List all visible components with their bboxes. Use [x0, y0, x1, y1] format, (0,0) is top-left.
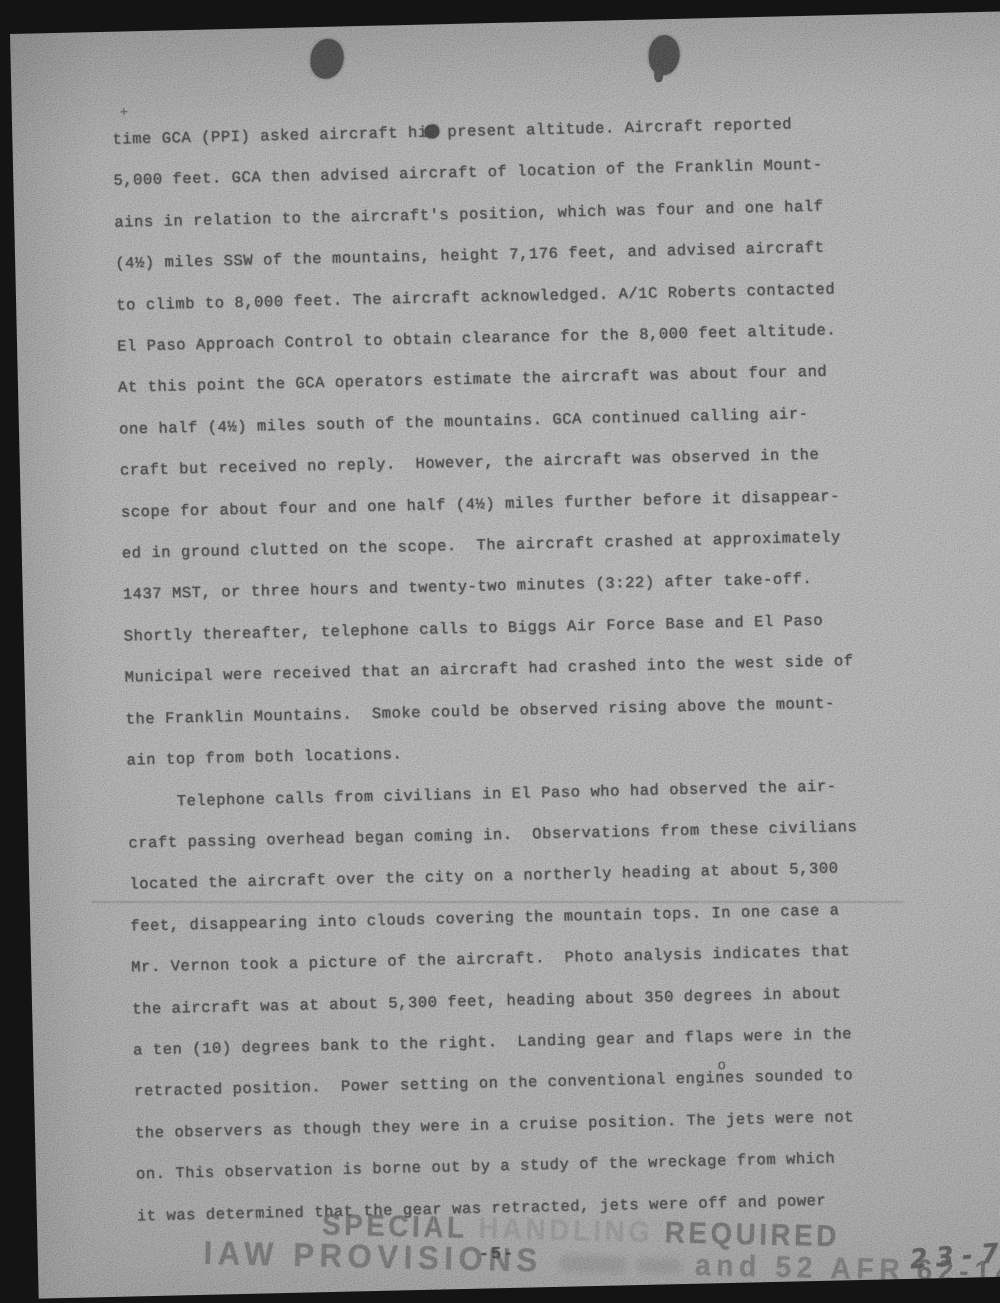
scanned-page: { "document": { "lines": [ "time GCA (PP…	[0, 0, 1000, 1303]
stamp-number-text: 62-14	[916, 1254, 1000, 1289]
illegible-stamp-fragment	[636, 1257, 681, 1273]
illegible-stamp-fragment	[559, 1255, 627, 1274]
stamp-afr-reference: and 52 AFR	[695, 1249, 906, 1287]
stray-typed-o-mark: o	[717, 1058, 726, 1074]
typed-text-body: time GCA (PPI) asked aircraft his presen…	[112, 102, 927, 1238]
stamp-regulation-number: 62-1423-7	[916, 1254, 1000, 1289]
paper-sheet: + time GCA (PPI) asked aircraft his pres…	[10, 7, 1000, 1299]
stamp-line-2: IAW PROVISIONSand 52 AFR62-1423-710	[203, 1234, 984, 1290]
handwritten-overlay: 23-7	[909, 1238, 1000, 1276]
hole-punch-left	[309, 38, 345, 81]
page-number: -5-	[479, 1245, 516, 1265]
scan-artifact-line	[92, 901, 904, 903]
hole-punch-right	[648, 35, 680, 76]
